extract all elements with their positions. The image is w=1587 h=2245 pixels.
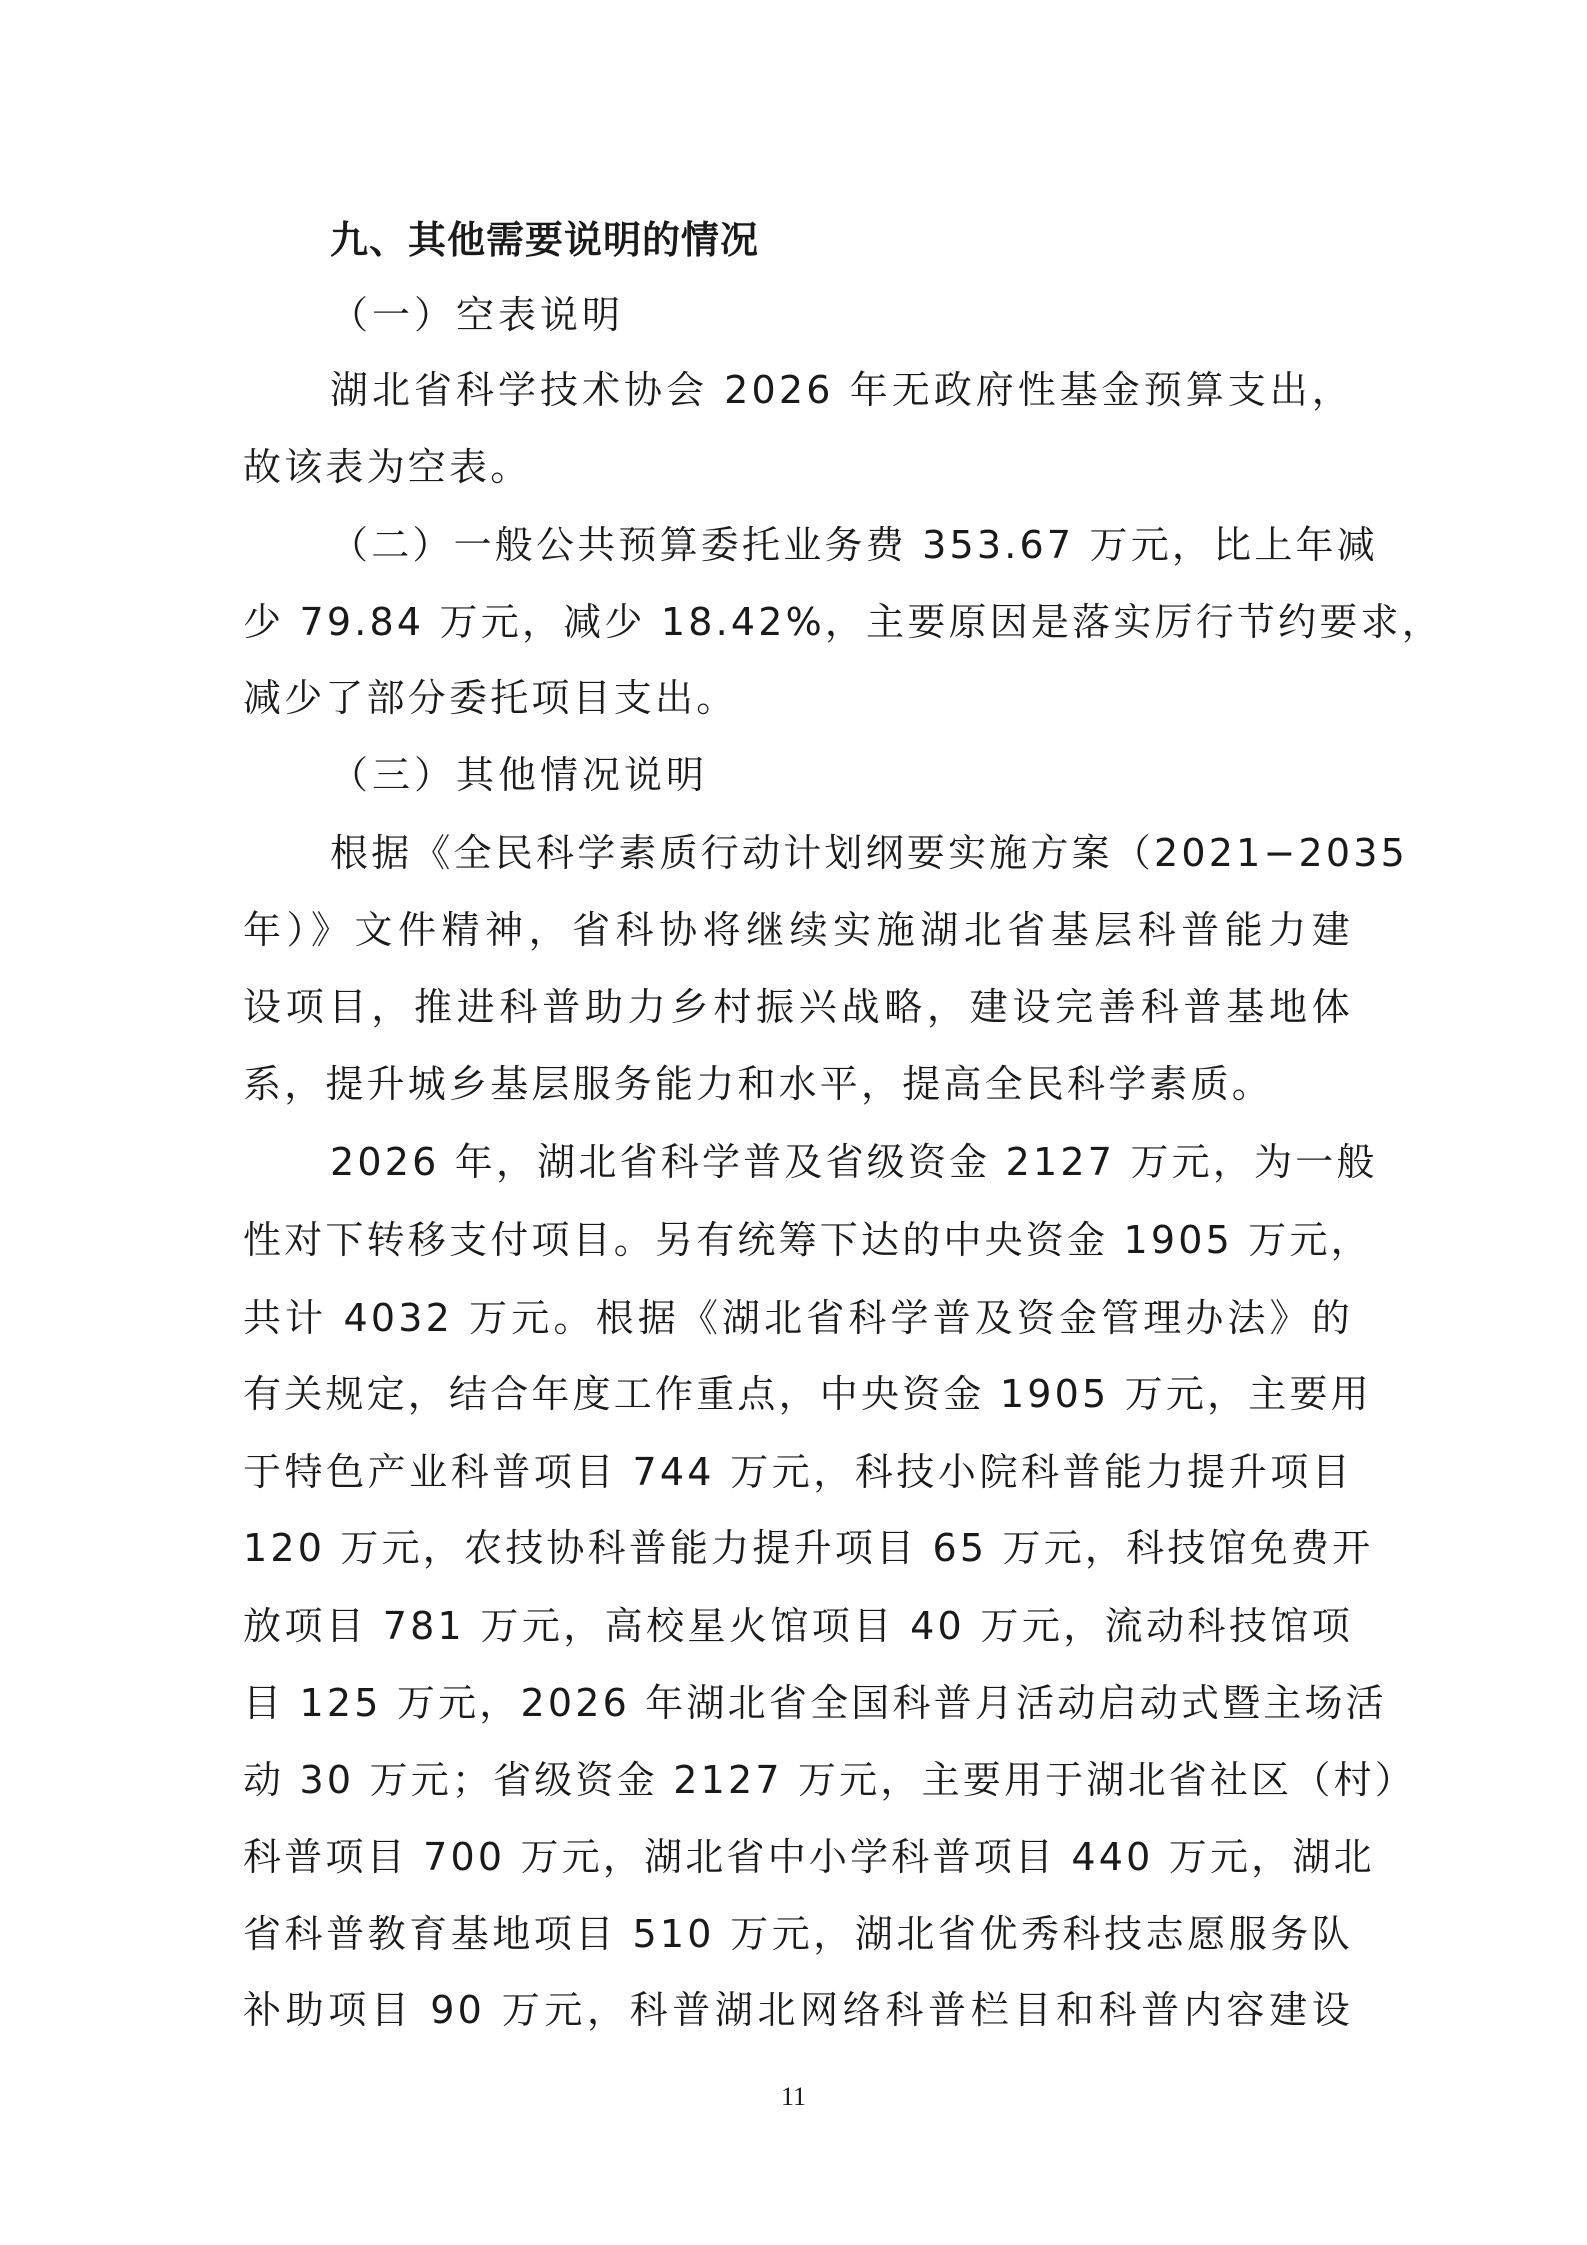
paragraph-line: 补助项目 90 万元，科普湖北网络科普栏目和科普内容建设 <box>243 1980 1353 2040</box>
paragraph-line: 减少了部分委托项目支出。 <box>243 668 1353 728</box>
paragraph-line: 少 79.84 万元，减少 18.42%，主要原因是落实厉行节约要求， <box>243 592 1353 652</box>
document-page: 九、其他需要说明的情况 （一）空表说明 湖北省科学技术协会 2026 年无政府性… <box>0 0 1587 2245</box>
paragraph-line: 设项目，推进科普助力乡村振兴战略，建设完善科普基地体 <box>243 977 1353 1037</box>
paragraph-line: 省科普教育基地项目 510 万元，湖北省优秀科技志愿服务队 <box>243 1904 1353 1964</box>
paragraph-line: 共计 4032 万元。根据《湖北省科学普及资金管理办法》的 <box>243 1288 1353 1348</box>
paragraph-line: 120 万元，农技协科普能力提升项目 65 万元，科技馆免费开 <box>243 1518 1353 1578</box>
paragraph-line: 放项目 781 万元，高校星火馆项目 40 万元，流动科技馆项 <box>243 1596 1353 1656</box>
paragraph-line: 根据《全民科学素质行动计划纲要实施方案（2021−2035 <box>330 823 1353 883</box>
paragraph-line: 故该表为空表。 <box>243 437 1353 497</box>
page-number: 11 <box>0 2082 1587 2112</box>
paragraph-line: 目 125 万元，2026 年湖北省全国科普月活动启动式暨主场活 <box>243 1673 1353 1733</box>
section-heading: 九、其他需要说明的情况 <box>330 210 1353 270</box>
paragraph-line: 有关规定，结合年度工作重点，中央资金 1905 万元，主要用 <box>243 1364 1353 1424</box>
subsection-title-3: （三）其他情况说明 <box>330 745 1353 805</box>
paragraph-line: 系，提升城乡基层服务能力和水平，提高全民科学素质。 <box>243 1054 1353 1114</box>
paragraph-line: 科普项目 700 万元，湖北省中小学科普项目 440 万元，湖北 <box>243 1827 1353 1887</box>
paragraph-line: 湖北省科学技术协会 2026 年无政府性基金预算支出， <box>330 360 1353 420</box>
paragraph-line: （二）一般公共预算委托业务费 353.67 万元，比上年减 <box>330 515 1353 575</box>
subsection-title-1: （一）空表说明 <box>330 285 1353 345</box>
paragraph-line: 于特色产业科普项目 744 万元，科技小院科普能力提升项目 <box>243 1442 1353 1502</box>
paragraph-line: 性对下转移支付项目。另有统筹下达的中央资金 1905 万元， <box>243 1210 1353 1270</box>
paragraph-line: 2026 年，湖北省科学普及省级资金 2127 万元，为一般 <box>330 1132 1353 1192</box>
paragraph-line: 年）》文件精神，省科协将继续实施湖北省基层科普能力建 <box>243 900 1353 960</box>
paragraph-line: 动 30 万元；省级资金 2127 万元，主要用于湖北省社区（村） <box>243 1750 1353 1810</box>
